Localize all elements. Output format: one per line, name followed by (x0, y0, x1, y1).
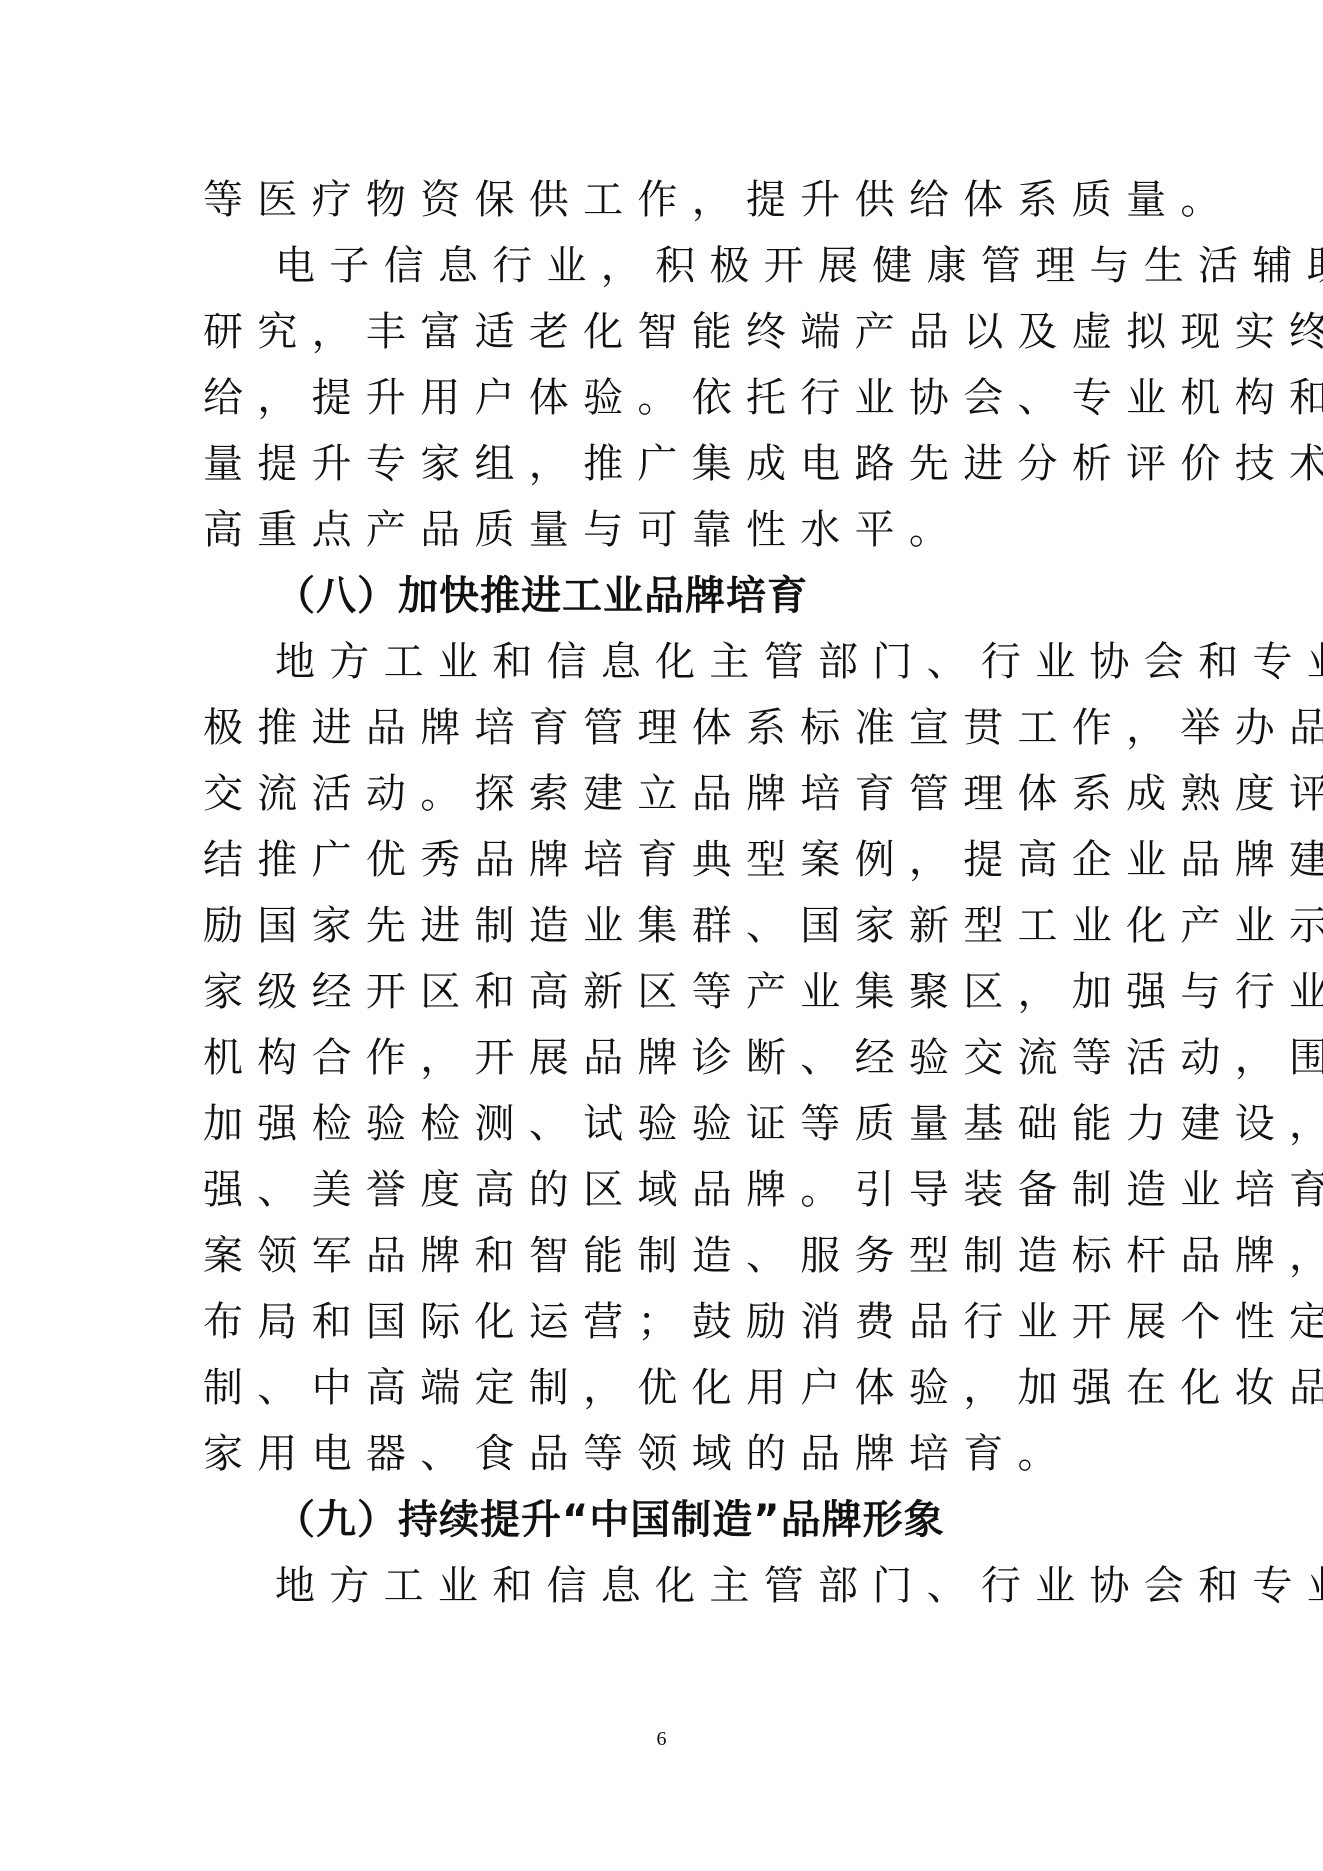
text-line: 机构合作，开展品牌诊断、经验交流等活动，围绕主导产业 (203, 1025, 1133, 1091)
text-line: 量提升专家组，推广集成电路先进分析评价技术和方法，提 (203, 431, 1133, 497)
text-line: 励国家先进制造业集群、国家新型工业化产业示范基地、国 (203, 893, 1133, 959)
text-line: 高重点产品质量与可靠性水平。 (203, 497, 1133, 563)
text-line: 交流活动。探索建立品牌培育管理体系成熟度评价机制，总 (203, 761, 1133, 827)
text-line: 等医疗物资保供工作，提升供给体系质量。 (203, 167, 1133, 233)
text-line: 家级经开区和高新区等产业集聚区，加强与行业协会、专业 (203, 959, 1133, 1025)
page-number: 6 (0, 1728, 1323, 1751)
section-heading-8: （八）加快推进工业品牌培育 (275, 563, 1133, 629)
section-heading-9: （九）持续提升“中国制造”品牌形象 (275, 1487, 1133, 1553)
text-line: 极推进品牌培育管理体系标准宣贯工作，举办品牌培育经验 (203, 695, 1133, 761)
text-line: 家用电器、食品等领域的品牌培育。 (203, 1421, 1133, 1487)
text-line: 制、中高端定制，优化用户体验，加强在化妆品、纺织服装、 (203, 1355, 1133, 1421)
document-page: 等医疗物资保供工作，提升供给体系质量。 电子信息行业，积极开展健康管理与生活辅助… (0, 0, 1323, 1871)
text-line: 结推广优秀品牌培育典型案例，提高企业品牌建设能力。鼓 (203, 827, 1133, 893)
text-line: 布局和国际化运营；鼓励消费品行业开展个性定制、规模定 (203, 1289, 1133, 1355)
text-line: 强、美誉度高的区域品牌。引导装备制造业培育系统集成方 (203, 1157, 1133, 1223)
text-line: 加强检验检测、试验验证等质量基础能力建设，打造竞争力 (203, 1091, 1133, 1157)
paragraph-start: 电子信息行业，积极开展健康管理与生活辅助标准体系 (275, 233, 1133, 299)
text-line: 研究，丰富适老化智能终端产品以及虚拟现实终端产品供 (203, 299, 1133, 365)
text-line: 给，提升用户体验。依托行业协会、专业机构和集成电路质 (203, 365, 1133, 431)
text-line: 案领军品牌和智能制造、服务型制造标杆品牌，推动全球化 (203, 1223, 1133, 1289)
paragraph-start: 地方工业和信息化主管部门、行业协会和专业机构要结 (275, 1553, 1133, 1619)
paragraph-start: 地方工业和信息化主管部门、行业协会和专业机构要积 (275, 629, 1133, 695)
